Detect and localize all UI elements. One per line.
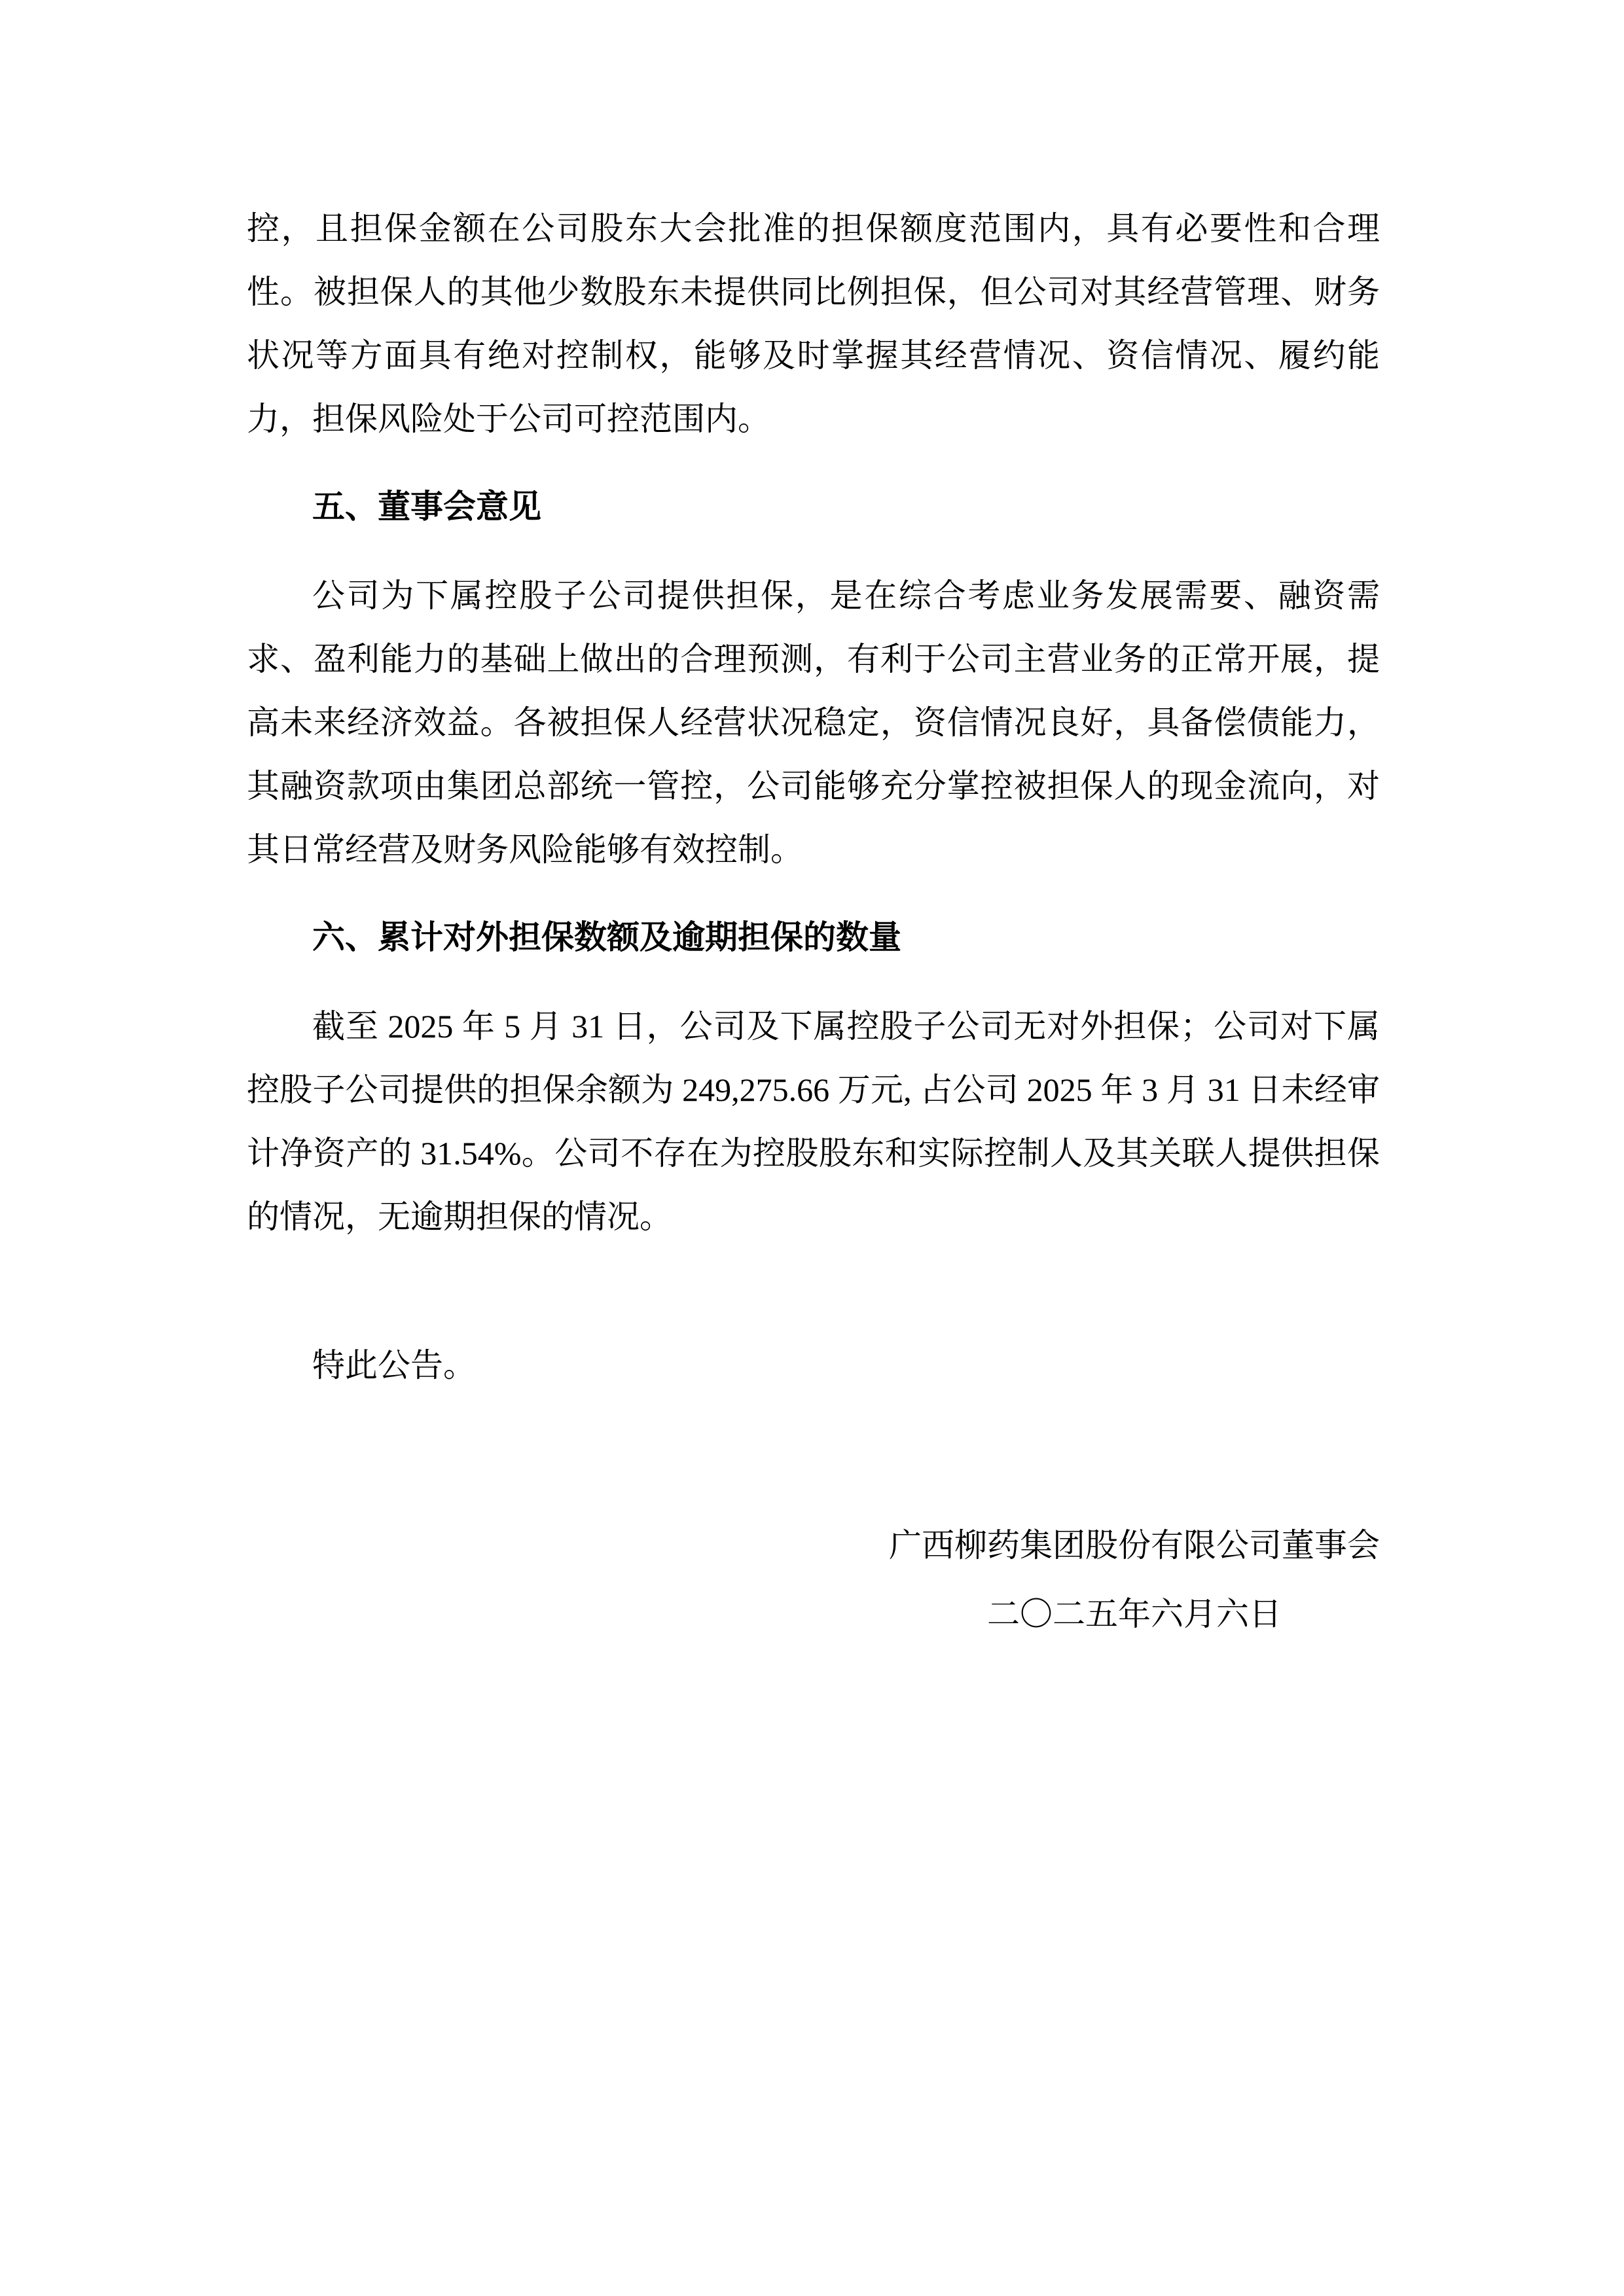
signature-company: 广西柳药集团股份有限公司董事会 [889,1514,1380,1577]
section-6-heading: 六、累计对外担保数额及逾期担保的数量 [247,906,1380,969]
section-5-body: 公司为下属控股子公司提供担保，是在综合考虑业务发展需要、融资需求、盈利能力的基础… [247,564,1380,882]
section-6-body: 截至 2025 年 5 月 31 日，公司及下属控股子公司无对外担保；公司对下属… [247,995,1380,1249]
signature-block: 广西柳药集团股份有限公司董事会 二〇二五年六月六日 [889,1514,1380,1646]
signature-date: 二〇二五年六月六日 [889,1583,1380,1646]
closing-statement: 特此公告。 [247,1334,1380,1397]
announcement-page: 控，且担保金额在公司股东大会批准的担保额度范围内，具有必要性和合理性。被担保人的… [0,0,1624,2296]
paragraph-continuation: 控，且担保金额在公司股东大会批准的担保额度范围内，具有必要性和合理性。被担保人的… [247,197,1380,451]
section-5-heading: 五、董事会意见 [247,475,1380,539]
